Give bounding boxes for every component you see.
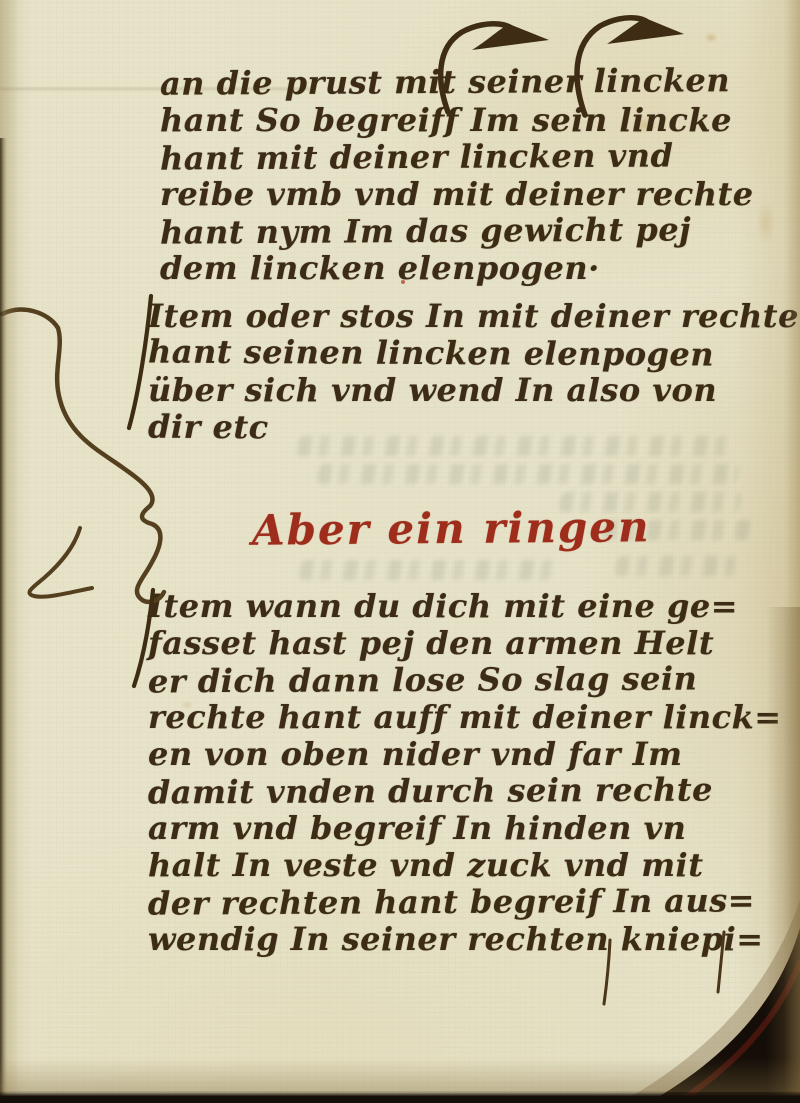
manuscript-text-line: Item oder stos In mit deiner rechte (148, 298, 799, 334)
bleedthrough-smudge (317, 464, 740, 484)
manuscript-text-line: en von oben nider vnd far Im (148, 736, 682, 772)
page-edge-bottom-shadow (0, 1058, 800, 1092)
manuscript-text-line: rechte hant auff mit deiner linck= (148, 699, 782, 735)
manuscript-text-line: reibe vmb vnd mit deiner rechte (160, 176, 754, 212)
page-edge-left-dark (0, 138, 7, 1103)
manuscript-text-line: dem lincken elenpogen· (160, 250, 600, 286)
manuscript-page: an die prust mit seiner lincken hant So … (0, 0, 800, 1103)
manuscript-text-line: halt In veste vnd zuck vnd mit (148, 847, 703, 883)
bleedthrough-smudge (615, 556, 748, 576)
manuscript-text-line: dir etc (148, 409, 269, 446)
manuscript-text-line: wendig In seiner rechten kniepi= (148, 921, 764, 957)
margin-flourish-secondary (29, 528, 92, 597)
page-edge-right-curl (766, 607, 800, 1103)
parchment-stain (756, 200, 776, 246)
margin-flourish (2, 310, 164, 602)
manuscript-text-line: fasset hast pej den armen Helt (148, 625, 714, 661)
parchment-stain (704, 32, 718, 43)
manuscript-text-line: über sich vnd wend In also von (148, 372, 717, 408)
manuscript-text-line: hant seinen lincken elenpogen (148, 334, 714, 373)
manuscript-text-line: der rechten hant begreif In aus= (148, 882, 755, 921)
manuscript-text-line: er dich dann lose So slag sein (148, 661, 698, 700)
manuscript-text-line: damit vnden durch sein rechte (148, 772, 713, 811)
manuscript-text-line: hant nym Im das gewicht pej (160, 211, 691, 250)
bleedthrough-smudge (297, 436, 740, 456)
manuscript-text-line: an die prust mit seiner lincken (160, 62, 730, 101)
manuscript-text-line: Item wann du dich mit eine ge= (148, 588, 738, 624)
page-edge-bottom-dark (0, 1091, 800, 1103)
manuscript-text-line: arm vnd begreif In hinden vn (148, 810, 686, 846)
rubric-heading: Aber ein ringen (252, 502, 651, 554)
manuscript-text-line: hant So begreiff Im sein lincke (160, 102, 732, 138)
bleedthrough-smudge (299, 560, 562, 580)
manuscript-text-line: hant mit deiner lincken vnd (160, 137, 674, 176)
